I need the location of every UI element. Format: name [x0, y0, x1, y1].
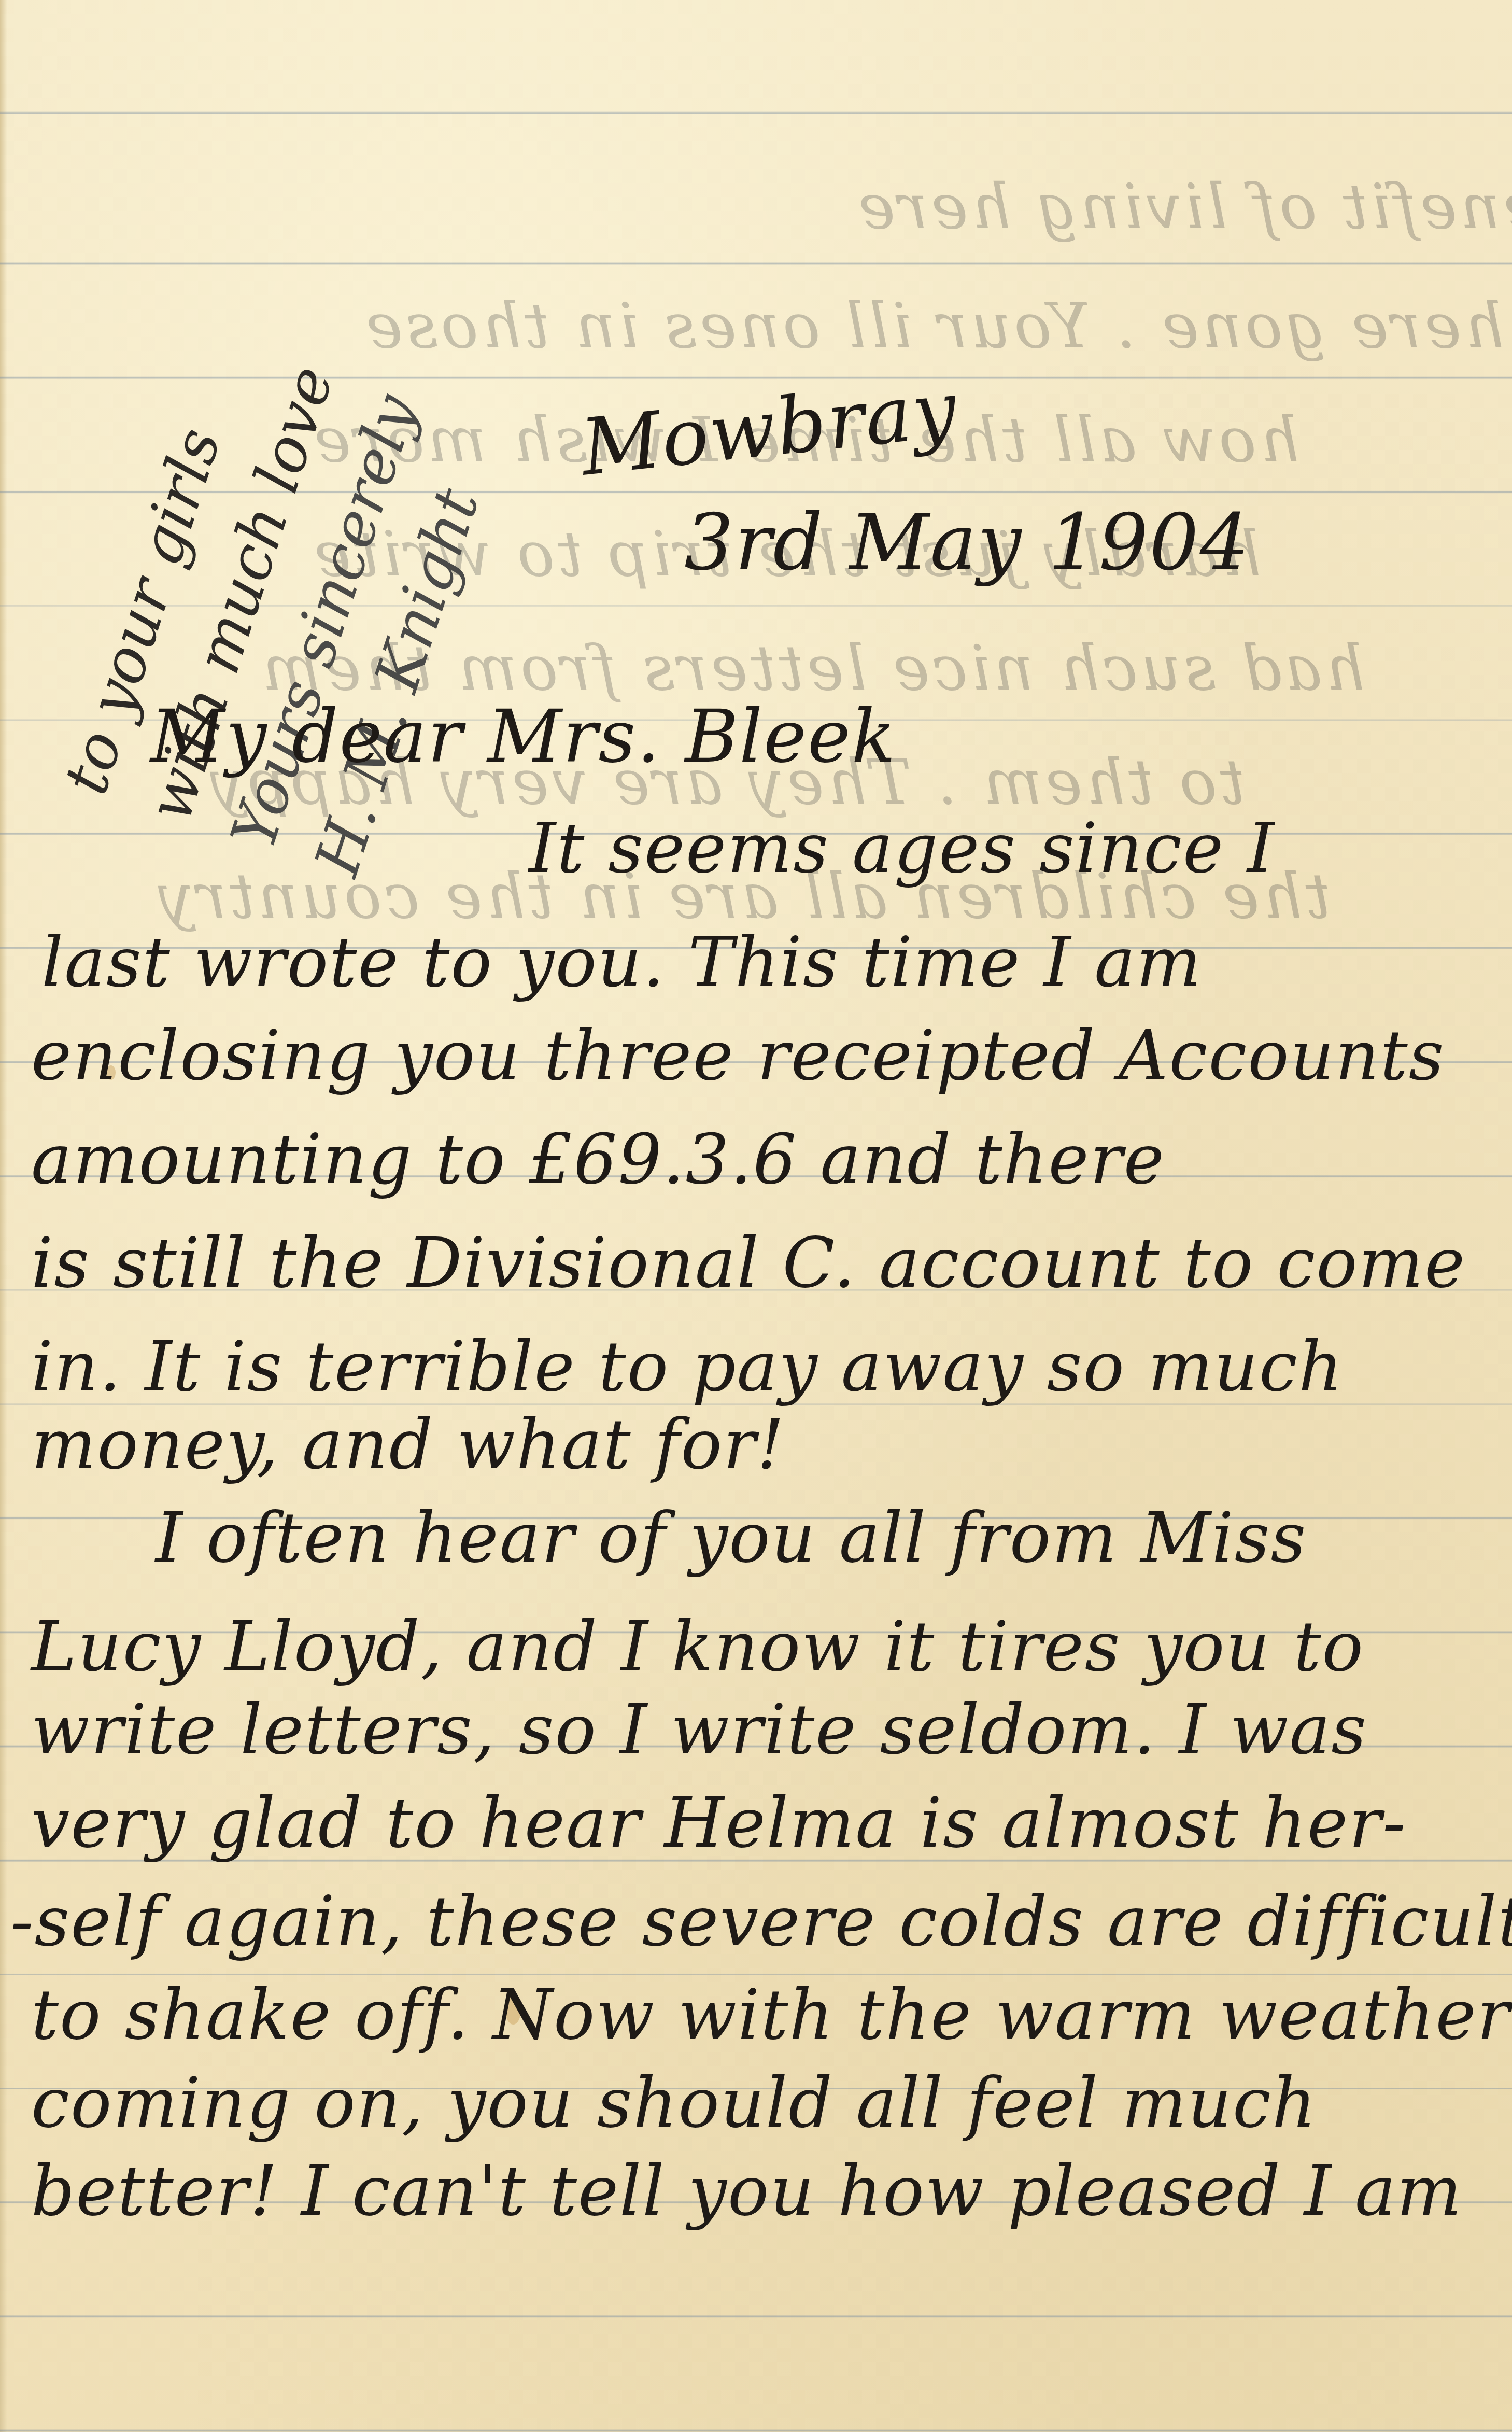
body-line: amounting to £69.3.6 and there — [31, 1120, 1165, 1200]
body-line: in. It is terrible to pay away so much — [31, 1327, 1344, 1407]
body-line: last wrote to you. This time I am — [41, 923, 1202, 1003]
letter-date: 3rd May 1904 — [684, 498, 1250, 588]
bleed-through-line: here gone . Your ill ones in those — [363, 290, 1504, 362]
body-line: to shake off. Now with the warm weather — [31, 1975, 1511, 2055]
body-line: very glad to hear Helma is almost her- — [31, 1783, 1407, 1863]
body-line: coming on, you should all feel much — [31, 2063, 1317, 2143]
body-line: It seems ages since I — [529, 809, 1275, 889]
letter-page: that is one benefit of living here here … — [0, 0, 1512, 2432]
salutation: My dear Mrs. Bleek — [150, 695, 897, 779]
body-line: I often hear of you all from Miss — [156, 1498, 1307, 1578]
body-line: Lucy Lloyd, and I know it tires you to — [31, 1607, 1364, 1687]
body-line: -self again, these severe colds are diff… — [10, 1882, 1512, 1962]
body-line: is still the Divisional C. account to co… — [31, 1224, 1466, 1303]
bleed-through-line: that is one benefit of living here — [855, 171, 1512, 243]
body-line: enclosing you three receipted Accounts — [31, 1016, 1445, 1096]
body-line: write letters, so I write seldom. I was — [31, 1690, 1367, 1770]
body-line: money, and what for! — [31, 1405, 785, 1485]
body-line: better! I can't tell you how pleased I a… — [31, 2152, 1463, 2231]
